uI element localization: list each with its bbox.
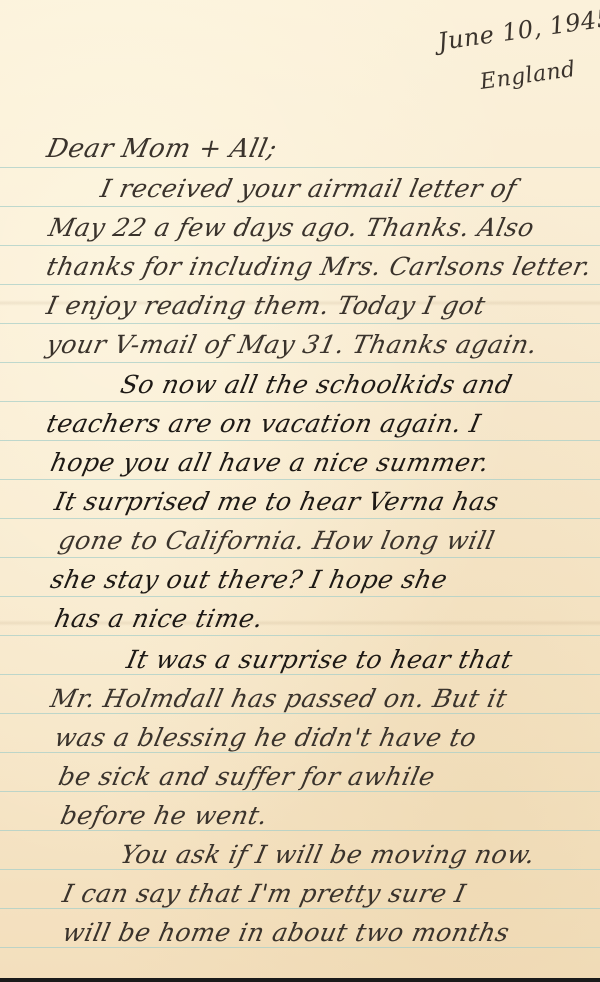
letter-line: hope you all have a nice summer. (48, 448, 492, 477)
letter-date: June 10, 1945 (436, 4, 600, 56)
letter-line: Mr. Holmdall has passed on. But it (48, 684, 510, 713)
letter-line: I received your airmail letter of (98, 174, 519, 203)
ruled-line (0, 167, 600, 168)
letter-line: It was a surprise to hear that (124, 645, 515, 674)
letter-line: I can say that I'm pretty sure I (60, 879, 469, 908)
ruled-line (0, 284, 600, 285)
ruled-line (0, 401, 600, 402)
ruled-line (0, 635, 600, 636)
letter-line: will be home in about two months (60, 918, 512, 947)
ruled-line (0, 323, 600, 324)
ruled-line (0, 440, 600, 441)
ruled-line (0, 518, 600, 519)
ruled-line (0, 479, 600, 480)
letter-line: It surprised me to hear Verna has (52, 487, 501, 516)
ruled-line (0, 752, 600, 753)
ruled-line (0, 596, 600, 597)
letter-line: your V-mail of May 31. Thanks again. (44, 330, 540, 359)
letter-line: I enjoy reading them. Today I got (44, 291, 488, 320)
letter-line: thanks for including Mrs. Carlsons lette… (44, 252, 595, 281)
ruled-line (0, 674, 600, 675)
letter-line: she stay out there? I hope she (48, 565, 450, 594)
ruled-line (0, 245, 600, 246)
letter-place: England (479, 57, 578, 95)
letter-line: May 22 a few days ago. Thanks. Also (46, 213, 537, 242)
ruled-line (0, 869, 600, 870)
ruled-line (0, 713, 600, 714)
ruled-line (0, 830, 600, 831)
letter-line: You ask if I will be moving now. (118, 840, 538, 869)
letter-page: June 10, 1945 England Dear Mom + All; I … (0, 0, 600, 978)
ruled-line (0, 947, 600, 948)
letter-line: has a nice time. (52, 604, 266, 633)
ruled-line (0, 557, 600, 558)
letter-line: was a blessing he didn't have to (52, 723, 479, 752)
letter-line: So now all the schoolkids and (118, 370, 515, 399)
ruled-line (0, 908, 600, 909)
ruled-line (0, 206, 600, 207)
letter-line: teachers are on vacation again. I (44, 409, 483, 438)
salutation: Dear Mom + All; (44, 134, 280, 164)
ruled-line (0, 791, 600, 792)
letter-line: before he went. (58, 801, 271, 830)
letter-line: gone to California. How long will (56, 526, 497, 555)
letter-line: be sick and suffer for awhile (56, 762, 438, 791)
ruled-line (0, 362, 600, 363)
